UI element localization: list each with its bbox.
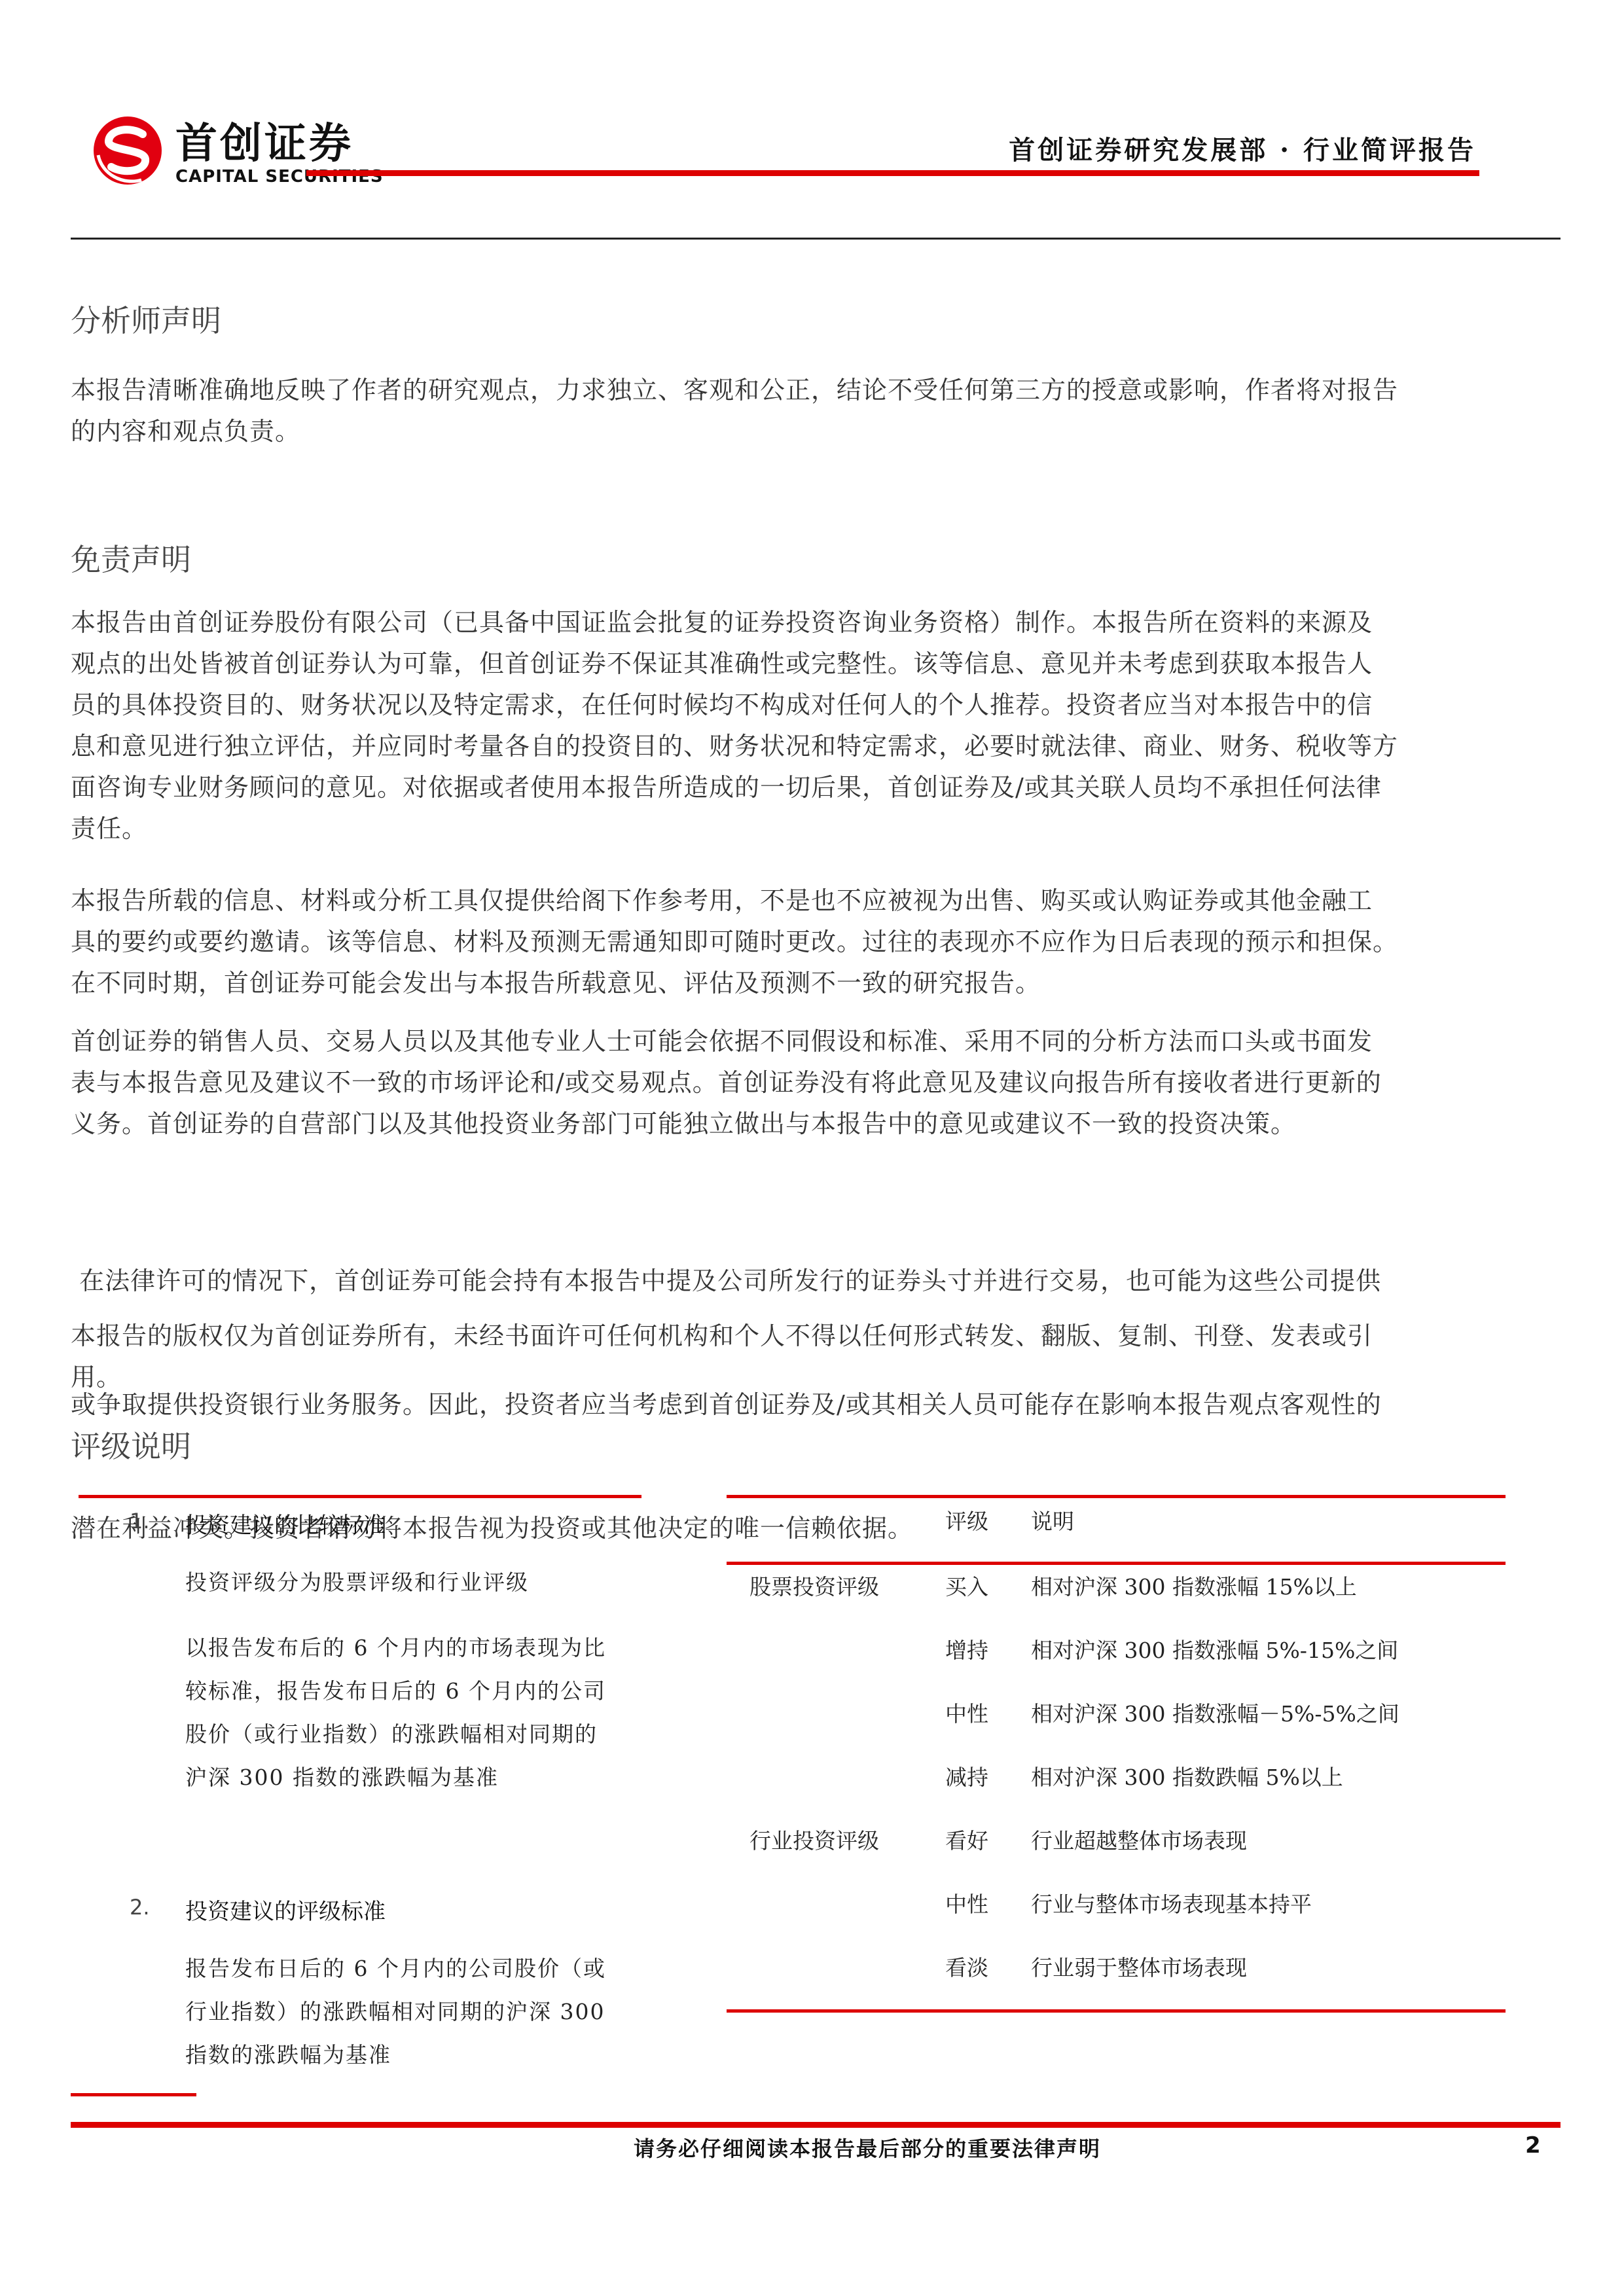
text-line: 本报告的版权仅为首创证券所有，未经书面许可任何机构和个人不得以任何形式转发、翻版… (71, 1316, 1561, 1357)
text-line: 股价（或行业指数）的涨跌幅相对同期的 (185, 1713, 650, 1756)
disclaimer-paragraph-2: 本报告所载的信息、材料或分析工具仅提供给阁下作参考用，不是也不应被视为出售、购买… (71, 880, 1561, 1004)
text-line: 员的具体投资目的、财务状况以及特定需求，在任何时候均不构成对任何人的个人推荐。投… (71, 685, 1561, 726)
text-line: 义务。首创证券的自营部门以及其他投资业务部门可能独立做出与本报告中的意见或建议不… (71, 1103, 1561, 1145)
text-line: 首创证券的销售人员、交易人员以及其他专业人士可能会依据不同假设和标准、采用不同的… (71, 1021, 1561, 1062)
text-line: 具的要约或要约邀请。该等信息、材料及预测无需通知即可随时更改。过往的表现亦不应作… (71, 922, 1561, 963)
rating-table-header-description: 说明 (1031, 1509, 1074, 1535)
text-line: 沪深 300 指数的涨跌幅为基准 (185, 1756, 650, 1799)
rating-table-bottom-rule (727, 2009, 1506, 2013)
text-line: 较标准，报告发布日后的 6 个月内的公司 (185, 1670, 650, 1713)
rating-label: 增持 (945, 1638, 988, 1664)
footer-red-rule (71, 2122, 1561, 2128)
disclaimer-paragraph-1: 本报告由首创证券股份有限公司（已具备中国证监会批复的证券投资咨询业务资格）制作。… (71, 602, 1561, 850)
rating-table-header-rule (727, 1562, 1506, 1565)
criteria-1-number: 1. (130, 1509, 150, 1534)
text-line: 在不同时期，首创证券可能会发出与本报告所载意见、评估及预测不一致的研究报告。 (71, 963, 1561, 1004)
disclaimer-title: 免责声明 (71, 540, 191, 579)
rating-description: 相对沪深 300 指数涨幅 15%以上 (1031, 1574, 1357, 1600)
left-column-top-rule (79, 1495, 641, 1498)
rating-label: 减持 (945, 1765, 988, 1791)
text-line: 面咨询专业财务顾问的意见。对依据或者使用本报告所造成的一切后果，首创证券及/或其… (71, 767, 1561, 808)
rating-category-industry: 行业投资评级 (749, 1828, 879, 1854)
text-line: 报告发布日后的 6 个月内的公司股价（或 (185, 1947, 650, 1990)
rating-label: 看好 (945, 1828, 988, 1854)
rating-description: 行业与整体市场表现基本持平 (1031, 1892, 1312, 1918)
rating-category-stock: 股票投资评级 (749, 1574, 879, 1600)
header-divider (71, 238, 1561, 240)
text-line: 息和意见进行独立评估，并应同时考量各自的投资目的、财务状况和特定需求，必要时就法… (71, 726, 1561, 767)
text-line: 的内容和观点负责。 (71, 411, 1561, 452)
text-line: 在法律许可的情况下，首创证券可能会持有本报告中提及公司所发行的证券头寸并进行交易… (71, 1261, 1561, 1302)
rating-label: 中性 (945, 1892, 988, 1918)
text-line: 本报告所载的信息、材料或分析工具仅提供给阁下作参考用，不是也不应被视为出售、购买… (71, 880, 1561, 922)
text-line: 指数的涨跌幅为基准 (185, 2034, 650, 2077)
rating-label: 看淡 (945, 1955, 988, 1981)
text-line: 用。 (71, 1357, 1561, 1398)
criteria-2-number: 2. (130, 1895, 150, 1920)
analyst-statement-body: 本报告清晰准确地反映了作者的研究观点，力求独立、客观和公正，结论不受任何第三方的… (71, 370, 1561, 452)
rating-description: 相对沪深 300 指数涨幅 5%-15%之间 (1031, 1638, 1398, 1664)
left-column-bottom-rule (71, 2093, 196, 2096)
page-number: 2 (1525, 2132, 1541, 2159)
text-line: 观点的出处皆被首创证券认为可靠，但首创证券不保证其准确性或完整性。该等信息、意见… (71, 643, 1561, 685)
rating-table-header-rating: 评级 (945, 1509, 988, 1535)
criteria-2-text: 报告发布日后的 6 个月内的公司股价（或 行业指数）的涨跌幅相对同期的沪深 30… (185, 1947, 650, 2077)
text-line: 责任。 (71, 808, 1561, 850)
rating-description: 行业超越整体市场表现 (1031, 1828, 1247, 1854)
rating-label: 买入 (945, 1574, 988, 1600)
disclaimer-paragraph-5: 本报告的版权仅为首创证券所有，未经书面许可任何机构和个人不得以任何形式转发、翻版… (71, 1316, 1561, 1398)
criteria-1-text-b: 以报告发布后的 6 个月内的市场表现为比 较标准，报告发布日后的 6 个月内的公… (185, 1626, 650, 1799)
criteria-2-title: 投资建议的评级标准 (185, 1893, 386, 1926)
disclaimer-paragraph-3: 首创证券的销售人员、交易人员以及其他专业人士可能会依据不同假设和标准、采用不同的… (71, 1021, 1561, 1145)
text-line: 表与本报告意见及建议不一致的市场评论和/或交易观点。首创证券没有将此意见及建议向… (71, 1062, 1561, 1103)
analyst-statement-title: 分析师声明 (71, 301, 221, 340)
report-header-title: 首创证券研究发展部 · 行业简评报告 (952, 134, 1476, 167)
text-line: 本报告由首创证券股份有限公司（已具备中国证监会批复的证券投资咨询业务资格）制作。… (71, 602, 1561, 643)
company-logo-icon (92, 115, 164, 187)
rating-description: 行业弱于整体市场表现 (1031, 1955, 1247, 1981)
rating-description: 相对沪深 300 指数跌幅 5%以上 (1031, 1765, 1343, 1791)
logo-chinese-name: 首创证券 (175, 121, 353, 167)
text-line: 行业指数）的涨跌幅相对同期的沪深 300 (185, 1990, 650, 2034)
text-line: 本报告清晰准确地反映了作者的研究观点，力求独立、客观和公正，结论不受任何第三方的… (71, 370, 1561, 411)
rating-explanation-title: 评级说明 (71, 1427, 191, 1466)
rating-label: 中性 (945, 1701, 988, 1727)
rating-table-top-rule (727, 1495, 1506, 1498)
header-red-rule (306, 170, 1479, 176)
text-line: 以报告发布后的 6 个月内的市场表现为比 (185, 1626, 650, 1670)
text-line: 投资评级分为股票评级和行业评级 (185, 1561, 650, 1604)
criteria-1-title: 投资建议的比较标准 (185, 1507, 386, 1539)
footer-legal-notice: 请务必仔细阅读本报告最后部分的重要法律声明 (634, 2132, 1101, 2162)
criteria-1-text-a: 投资评级分为股票评级和行业评级 (185, 1561, 650, 1604)
rating-description: 相对沪深 300 指数涨幅－5%-5%之间 (1031, 1701, 1399, 1727)
